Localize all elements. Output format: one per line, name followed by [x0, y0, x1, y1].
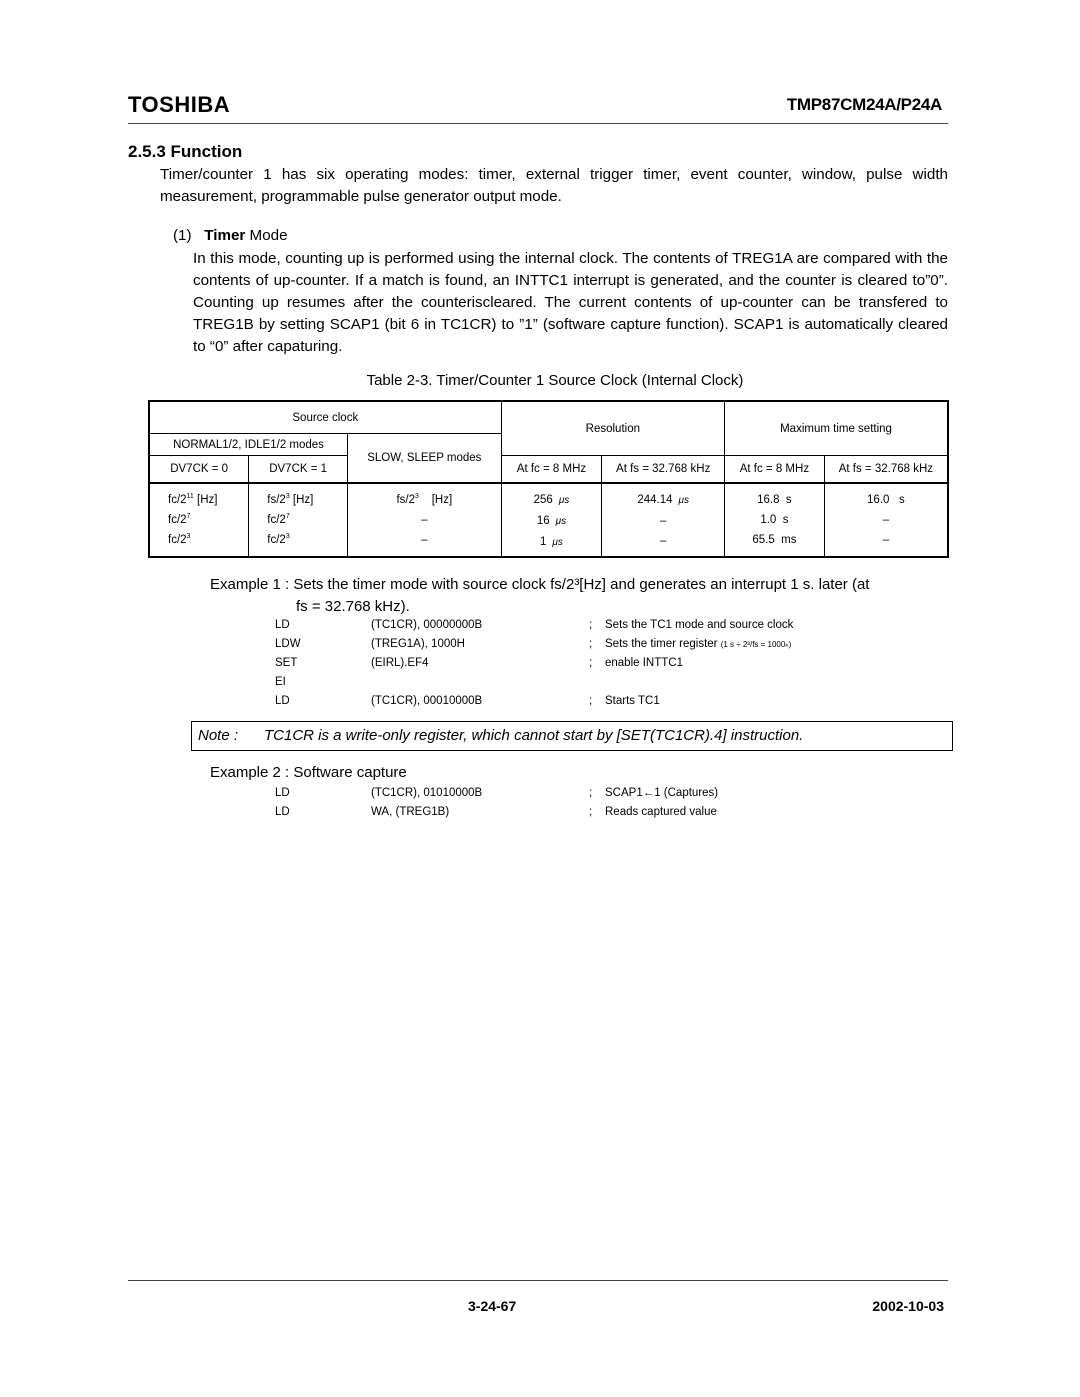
table-cell-value: 1μs — [502, 532, 602, 553]
table-cell-value: 65.5 ms — [725, 530, 824, 550]
code-line: EI — [275, 676, 875, 695]
table-cell-value: – — [348, 530, 501, 550]
col-dv7ck0-values: fc/211 [Hz]fc/27fc/23 — [149, 483, 249, 557]
intro-paragraph: Timer/counter 1 has six operating modes:… — [160, 164, 948, 208]
code-op: LD — [275, 787, 290, 799]
header-dv7ck-1: DV7CK = 1 — [249, 456, 348, 484]
table-cell-value: – — [348, 510, 501, 530]
exponent: 3 — [286, 533, 290, 540]
header-res-fc: At fc = 8 MHz — [501, 456, 602, 484]
code-op: LD — [275, 695, 290, 707]
table-cell-value: – — [825, 530, 947, 550]
code-operand: (TREG1A), 1000H — [371, 638, 465, 650]
header-max-fc: At fc = 8 MHz — [725, 456, 825, 484]
exponent: 7 — [286, 513, 290, 520]
code-operand: (EIRL).EF4 — [371, 657, 429, 669]
unit-label: μs — [552, 537, 562, 548]
col-max-fs-values: 16.0 s–– — [824, 483, 948, 557]
example1-code: LD(TC1CR), 00000000B;Sets the TC1 mode a… — [275, 619, 875, 719]
code-operand: (TC1CR), 01010000B — [371, 787, 482, 799]
code-comment: Sets the timer register (1 s ÷ 2³/fs = 1… — [605, 638, 791, 650]
code-op: SET — [275, 657, 297, 669]
unit-label: μs — [556, 516, 566, 527]
part-number: TMP87CM24A/P24A — [787, 95, 942, 115]
table-caption: Table 2-3. Timer/Counter 1 Source Clock … — [0, 372, 1080, 389]
code-semicolon: ; — [589, 638, 592, 650]
table-cell-value: fs/23 [Hz] — [267, 490, 347, 510]
col-max-fc-values: 16.8 s1.0 s65.5 ms — [725, 483, 825, 557]
exponent: 3 — [187, 533, 191, 540]
code-operand: WA, (TREG1B) — [371, 806, 449, 818]
code-semicolon: ; — [589, 787, 592, 799]
code-semicolon: ; — [589, 619, 592, 631]
code-operand: (TC1CR), 00010000B — [371, 695, 482, 707]
col-res-fc-values: 256μs16μs1μs — [501, 483, 602, 557]
table-cell-value: 16.0 s — [825, 490, 947, 510]
code-line: LD(TC1CR), 00010000B;Starts TC1 — [275, 695, 875, 714]
table-cell-value: 16μs — [502, 511, 602, 532]
table-cell-value: fc/27 — [267, 510, 347, 530]
table-cell-value: fs/23 [Hz] — [348, 490, 501, 510]
header-res-fs: At fs = 32.768 kHz — [602, 456, 725, 484]
table-cell-value: 256μs — [502, 490, 602, 511]
timer-mode-paragraph: In this mode, counting up is performed u… — [193, 248, 948, 358]
table-cell-value: – — [602, 511, 724, 531]
example1-line2: fs = 32.768 kHz). — [296, 598, 410, 615]
code-line: LDW(TREG1A), 1000H;Sets the timer regist… — [275, 638, 875, 657]
col-dv7ck1-values: fs/23 [Hz]fc/27fc/23 — [249, 483, 348, 557]
exponent: 3 — [286, 493, 290, 500]
note-text: TC1CR is a write-only register, which ca… — [264, 722, 803, 750]
code-operand: (TC1CR), 00000000B — [371, 619, 482, 631]
exponent: 3 — [415, 493, 419, 500]
header-max-fs: At fs = 32.768 kHz — [824, 456, 948, 484]
code-comment: Reads captured value — [605, 806, 717, 818]
code-op: EI — [275, 676, 286, 688]
table-cell-value: fc/23 — [267, 530, 347, 550]
code-op: LD — [275, 806, 290, 818]
code-op: LDW — [275, 638, 301, 650]
code-comment-formula: (1 s ÷ 2³/fs = 1000ₕ) — [721, 640, 792, 649]
heading-bold: Timer — [204, 227, 245, 244]
code-semicolon: ; — [589, 806, 592, 818]
footer-divider — [128, 1280, 948, 1281]
item-number: (1) — [173, 227, 192, 244]
table-cell-value: 244.14μs — [602, 490, 724, 511]
col-res-fs-values: 244.14μs–– — [602, 483, 725, 557]
document-date: 2002-10-03 — [872, 1298, 944, 1314]
header-slow-sleep: SLOW, SLEEP modes — [348, 434, 502, 484]
unit-label: μs — [559, 495, 569, 506]
table-cell-value: fc/27 — [168, 510, 248, 530]
table-cell-value: 16.8 s — [725, 490, 824, 510]
unit-label: μs — [679, 495, 689, 506]
example2-title: Example 2 : Software capture — [210, 764, 407, 781]
table-cell-value: fc/211 [Hz] — [168, 490, 248, 510]
code-op: LD — [275, 619, 290, 631]
code-comment: Sets the TC1 mode and source clock — [605, 619, 793, 631]
page-number: 3-24-67 — [468, 1298, 516, 1314]
timer-mode-heading: (1) Timer Mode — [173, 227, 288, 244]
header-divider — [128, 123, 948, 124]
source-clock-table: Source clock Resolution Maximum time set… — [148, 400, 949, 558]
note-label: Note : — [198, 722, 238, 750]
note-box: Note : TC1CR is a write-only register, w… — [191, 721, 953, 751]
header-normal-idle: NORMAL1/2, IDLE1/2 modes — [149, 434, 348, 456]
brand-logo: TOSHIBA — [128, 92, 230, 118]
exponent: 7 — [187, 513, 191, 520]
section-title: 2.5.3 Function — [128, 142, 242, 162]
code-line: SET(EIRL).EF4;enable INTTC1 — [275, 657, 875, 676]
code-line: LD(TC1CR), 00000000B;Sets the TC1 mode a… — [275, 619, 875, 638]
header-dv7ck-0: DV7CK = 0 — [149, 456, 249, 484]
header-max-time: Maximum time setting — [725, 401, 948, 456]
table-cell-value: fc/23 — [168, 530, 248, 550]
code-line: LD(TC1CR), 01010000B;SCAP1←1 (Captures) — [275, 787, 875, 806]
code-comment: enable INTTC1 — [605, 657, 683, 669]
code-line: LDWA, (TREG1B);Reads captured value — [275, 806, 875, 825]
code-comment: Starts TC1 — [605, 695, 660, 707]
example1-line1: Example 1 : Sets the timer mode with sou… — [210, 576, 869, 593]
table-cell-value: 1.0 s — [725, 510, 824, 530]
header-resolution: Resolution — [501, 401, 724, 456]
example2-code: LD(TC1CR), 01010000B;SCAP1←1 (Captures)L… — [275, 787, 875, 827]
header-source-clock: Source clock — [149, 401, 501, 434]
code-semicolon: ; — [589, 657, 592, 669]
exponent: 11 — [187, 493, 194, 500]
code-comment: SCAP1←1 (Captures) — [605, 787, 718, 799]
table-cell-value: – — [825, 510, 947, 530]
table-cell-value: – — [602, 531, 724, 551]
heading-rest: Mode — [245, 227, 287, 244]
col-slow-values: fs/23 [Hz]–– — [348, 483, 502, 557]
code-semicolon: ; — [589, 695, 592, 707]
